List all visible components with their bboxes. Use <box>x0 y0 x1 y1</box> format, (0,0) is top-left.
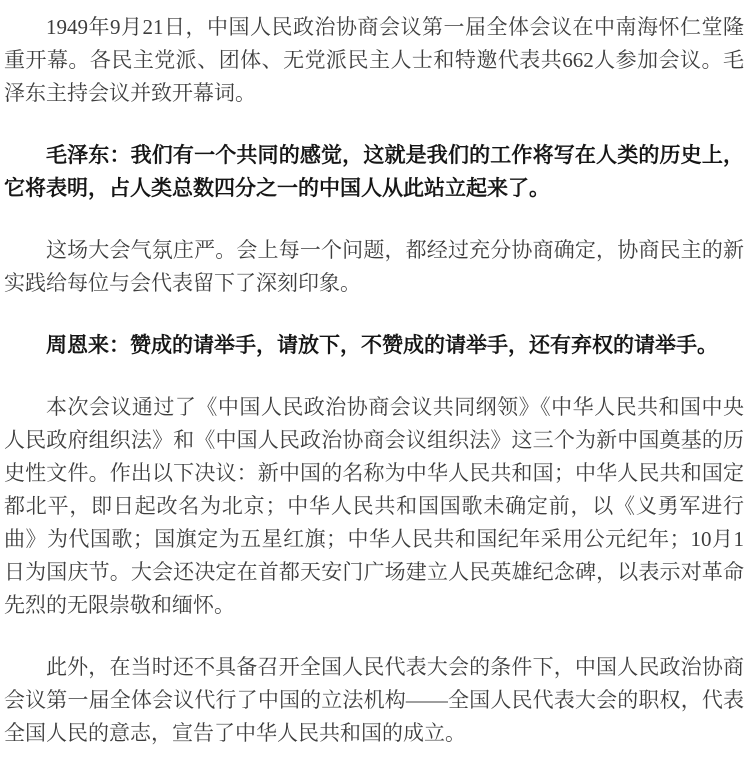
document-page: 1949年9月21日，中国人民政治协商会议第一届全体会议在中南海怀仁堂隆重开幕。… <box>0 0 749 782</box>
paragraph-resolutions: 本次会议通过了《中国人民政治协商会议共同纲领》《中华人民共和国中央人民政府组织法… <box>4 391 744 622</box>
paragraph-opening-ceremony: 1949年9月21日，中国人民政治协商会议第一届全体会议在中南海怀仁堂隆重开幕。… <box>4 11 744 110</box>
paragraph-solemn-atmosphere: 这场大会气氛庄严。会上每一个问题，都经过充分协商确定，协商民主的新实践给每位与会… <box>4 234 744 300</box>
paragraph-mao-zedong-quote: 毛泽东：我们有一个共同的感觉，这就是我们的工作将写在人类的历史上，它将表明，占人… <box>4 139 744 205</box>
paragraph-zhou-enlai-quote: 周恩来：赞成的请举手，请放下，不赞成的请举手，还有弃权的请举手。 <box>4 329 744 362</box>
paragraph-legislative-role: 此外，在当时还不具备召开全国人民代表大会的条件下，中国人民政治协商会议第一届全体… <box>4 651 744 750</box>
